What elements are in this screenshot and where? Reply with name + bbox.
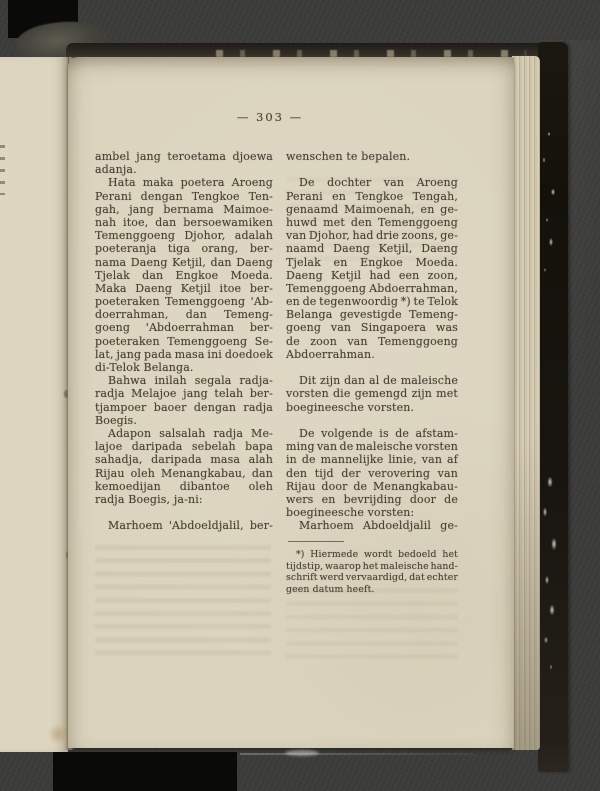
show-through-text xyxy=(286,588,458,660)
text-line: boegineesche vorsten. xyxy=(286,401,458,414)
facing-page-text-fragments xyxy=(0,145,5,195)
backdrop-cutout-bottom xyxy=(53,752,237,791)
text-line: genaamdMaimoenah,enge- xyxy=(286,203,458,216)
scanned-book-photo: — 303 — ambeljangteroetamadjoewaadanja.H… xyxy=(0,0,600,791)
text-line: mingvandemaleischevorsten xyxy=(286,440,458,453)
text-line: lat,jangpadamasainidoedoek xyxy=(95,348,273,361)
text-line: Abdoerrahman. xyxy=(286,348,458,361)
backdrop-scratch xyxy=(240,753,475,755)
text-line: endetegenwoordig*)teTelok xyxy=(286,295,458,308)
text-line xyxy=(286,163,458,176)
text-line: TjelakenEngkoeMoeda. xyxy=(286,256,458,269)
text-line: tijdstip,waarophetmaleischehand- xyxy=(286,561,458,572)
text-line xyxy=(95,506,273,519)
text-line: gah,jangbernamaMaimoe- xyxy=(95,203,273,216)
text-line: ambeljangteroetamadjoewa xyxy=(95,150,273,163)
text-line: wenschen te bepalen. xyxy=(286,150,458,163)
footnote-text: *)Hiermedewordtbedoeldhettijdstip,waarop… xyxy=(286,549,458,595)
text-line: DedochtervanAroeng xyxy=(286,176,458,189)
text-line: *)Hiermedewordtbedoeldhet xyxy=(286,549,458,560)
text-line: RijaudoordeMenangkabau- xyxy=(286,480,458,493)
page-number: — 303 — xyxy=(68,110,472,124)
text-line: radja Boegis, ja-ni: xyxy=(95,493,273,506)
text-line: tjampoerbaoerdenganradja xyxy=(95,401,273,414)
text-line: wersenbevrijdingdoorde xyxy=(286,493,458,506)
text-line: Marhoem'Abdoeldjalil,ber- xyxy=(95,519,273,532)
text-line: poeterakenTemenggoeng'Ab- xyxy=(95,295,273,308)
text-line: Ditzijndanaldemaleische xyxy=(286,374,458,387)
text-line: HatamakapoeteraAroeng xyxy=(95,176,273,189)
text-line: DaengKetjilhadeenzoon, xyxy=(286,269,458,282)
text-line: TemenggoengDjohor,adalah xyxy=(95,229,273,242)
text-line: namaDaengKetjil,danDaeng xyxy=(95,256,273,269)
text-line: naamdDaengKetjil,Daeng xyxy=(286,242,458,255)
book-cover-spine xyxy=(538,42,568,772)
text-line: vanDjohor,haddriezoons,ge- xyxy=(286,229,458,242)
show-through-text xyxy=(95,545,271,655)
text-line: goengvanSingapoerawas xyxy=(286,321,458,334)
text-line: huwdmetdenTemenggoeng xyxy=(286,216,458,229)
text-line: adanja. xyxy=(95,163,273,176)
book-page: — 303 — ambeljangteroetamadjoewaadanja.H… xyxy=(68,57,514,748)
text-column-left: ambeljangteroetamadjoewaadanja.Hatamakap… xyxy=(95,150,273,532)
text-line: poeteranjatigaorang,ber- xyxy=(95,242,273,255)
text-line: di-Telok Belanga. xyxy=(95,361,273,374)
text-line: MarhoemAbdoeldjalilge- xyxy=(286,519,458,532)
text-line: kemoedijandibantoeoleh xyxy=(95,480,273,493)
text-column-right-lines: wenschen te bepalen.DedochtervanAroengPe… xyxy=(286,150,458,532)
page-edge-stack xyxy=(512,56,540,750)
text-line: TjelakdanEngkoeMoeda. xyxy=(95,269,273,282)
backdrop-smudge xyxy=(285,750,319,756)
text-line: lajoedaripadasebelahbapa xyxy=(95,440,273,453)
text-line: Devolgendeisdeafstam- xyxy=(286,427,458,440)
text-line: PeranidenganTengkoeTen- xyxy=(95,190,273,203)
text-line: radjaMelajoejangtelahber- xyxy=(95,387,273,400)
text-line: BelangagevestigdeTemeng- xyxy=(286,308,458,321)
text-line: boegineesche vorsten: xyxy=(286,506,458,519)
text-line xyxy=(286,361,458,374)
text-line: MakaDaengKetjilitoeber- xyxy=(95,282,273,295)
text-line: PeranienTengkoeTengah, xyxy=(286,190,458,203)
text-line: schriftwerdvervaardigd,datechter xyxy=(286,572,458,583)
footnote: *)Hiermedewordtbedoeldhettijdstip,waarop… xyxy=(286,541,458,595)
text-line: Bahwainilahsegalaradja- xyxy=(95,374,273,387)
cover-marbling xyxy=(538,42,568,772)
footnote-rule xyxy=(288,541,344,542)
text-line: indemannelijkelinie,vanaf xyxy=(286,453,458,466)
top-edge-flecks xyxy=(216,50,526,57)
facing-page-edge xyxy=(0,57,68,752)
text-line: poeterakenTemenggoengSe- xyxy=(95,335,273,348)
text-line: AdaponsalsalahradjaMe- xyxy=(95,427,273,440)
text-line: goeng'Abdoerrahmanber- xyxy=(95,321,273,334)
text-line: vorstendiegemengdzijnmet xyxy=(286,387,458,400)
text-line: TemenggoengAbdoerrahman, xyxy=(286,282,458,295)
text-line: RijauolehMenangkabau,dan xyxy=(95,467,273,480)
text-column-right: wenschen te bepalen.DedochtervanAroengPe… xyxy=(286,150,458,595)
text-line: Boegis. xyxy=(95,414,273,427)
text-line: geen datum heeft. xyxy=(286,584,458,595)
text-line: doerrahman,danTemeng- xyxy=(95,308,273,321)
text-line: dezoonvanTemenggoeng xyxy=(286,335,458,348)
text-line xyxy=(286,414,458,427)
text-line: dentijdderveroveringvan xyxy=(286,467,458,480)
text-line: nahitoe,danbersoewamiken xyxy=(95,216,273,229)
text-line: sahadja,daripadamasaalah xyxy=(95,453,273,466)
